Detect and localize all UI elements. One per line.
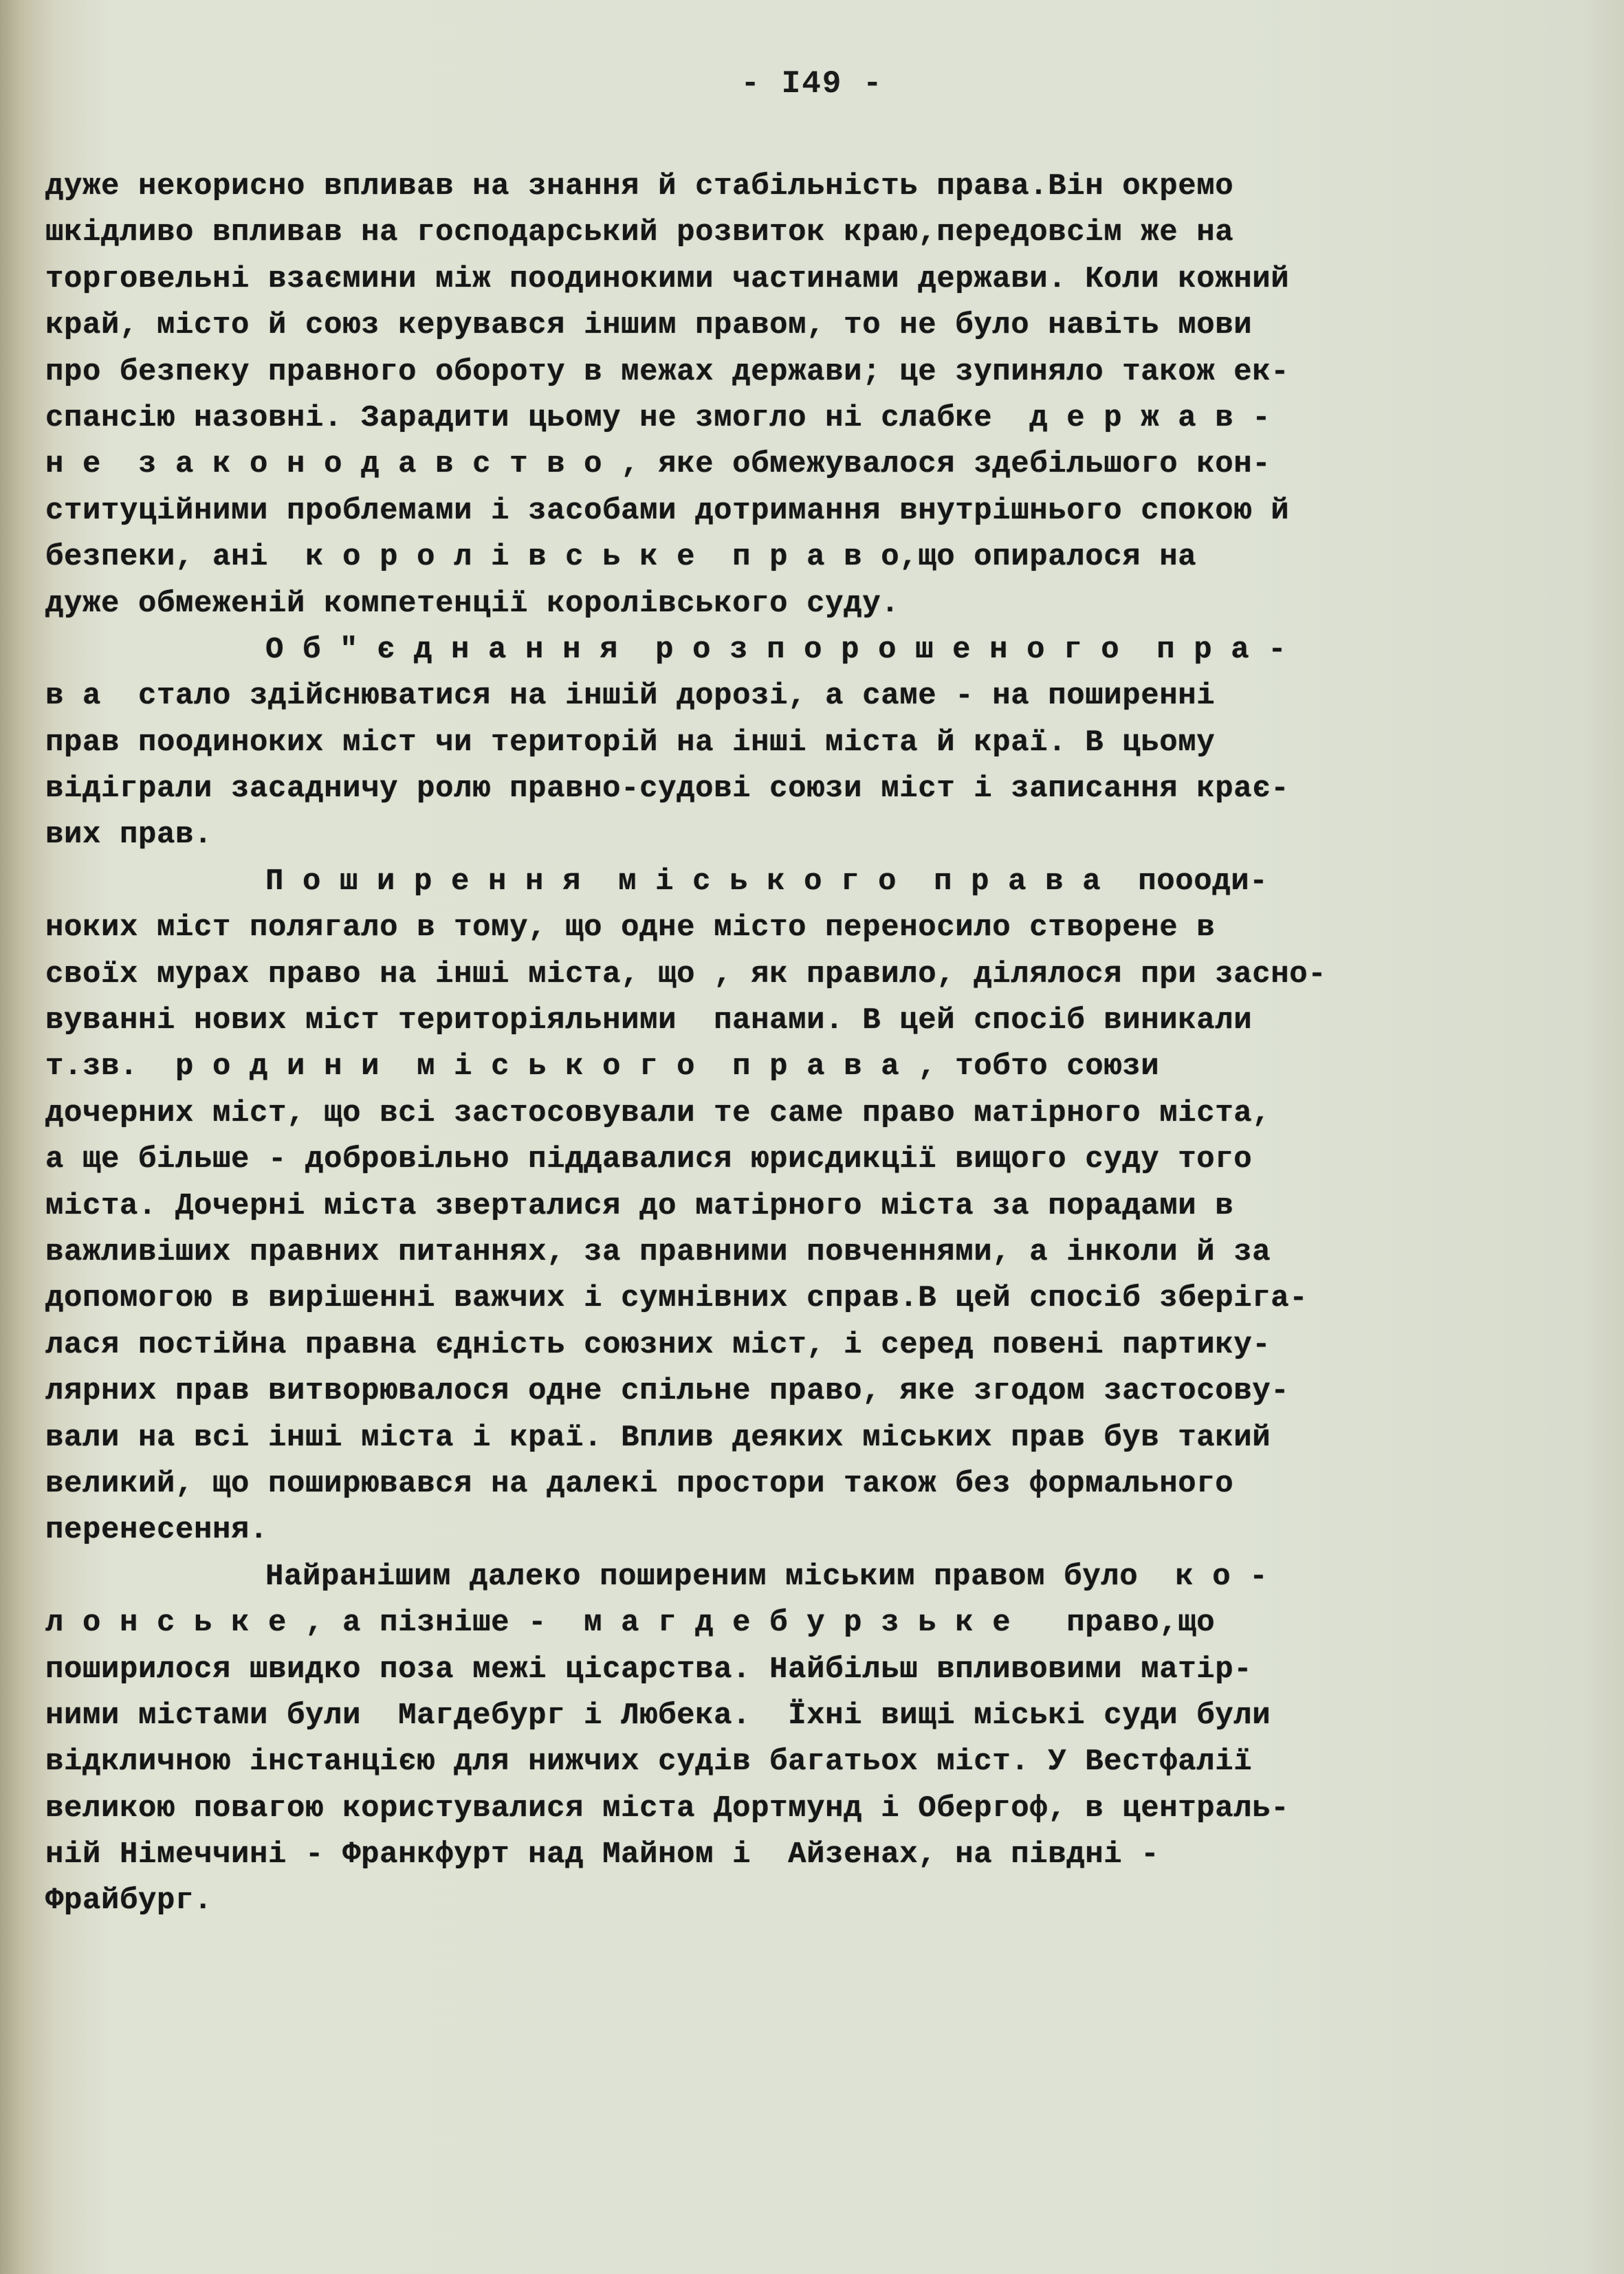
text-line: дуже обмеженій компетенції королівського… [45, 581, 1620, 627]
text-line: край, місто й союз керувався іншим право… [45, 303, 1620, 349]
text-line: лярних прав витворювалося одне спільне п… [45, 1368, 1620, 1414]
text-line: П о ш и р е н н я м і с ь к о г о п р а … [45, 859, 1620, 905]
text-line: допомогою в вирішенні важчих і сумнівних… [45, 1276, 1620, 1322]
text-line: лася постійна правна єдність союзних міс… [45, 1322, 1620, 1368]
text-line: т.зв. р о д и н и м і с ь к о г о п р а … [45, 1044, 1620, 1090]
text-line: безпеки, ані к о р о л і в с ь к е п р а… [45, 534, 1620, 580]
text-line: Найранішим далеко поширеним міським прав… [45, 1554, 1620, 1600]
text-line: в а стало здійснюватися на іншій дорозі,… [45, 673, 1620, 719]
text-line: відкличною інстанцією для нижчих судів б… [45, 1739, 1620, 1785]
text-line: перенесення. [45, 1507, 1620, 1553]
page-number: - I49 - [0, 66, 1624, 102]
text-line: Фрайбург. [45, 1878, 1620, 1924]
text-line: вих прав. [45, 812, 1620, 858]
text-line: л о н с ь к е , а пізніше - м а г д е б … [45, 1600, 1620, 1646]
text-line: прав поодиноких міст чи територій на інш… [45, 720, 1620, 766]
text-line: шкідливо впливав на господарський розвит… [45, 210, 1620, 256]
text-line: дуже некорисно впливав на знання й стабі… [45, 164, 1620, 210]
text-line: ній Німеччині - Франкфурт над Майном і А… [45, 1832, 1620, 1878]
body-text: дуже некорисно впливав на знання й стабі… [45, 164, 1620, 1925]
text-line: а ще більше - добровільно піддавалися юр… [45, 1137, 1620, 1183]
text-line: великий, що поширювався на далекі просто… [45, 1461, 1620, 1507]
text-line: торговельні взаємини між поодинокими час… [45, 256, 1620, 303]
text-line: дочерних міст, що всі застосовували те с… [45, 1091, 1620, 1137]
text-line: міста. Дочерні міста зверталися до матір… [45, 1183, 1620, 1229]
text-line: своїх мурах право на інші міста, що , як… [45, 952, 1620, 998]
text-line: О б " є д н а н н я р о з п о р о ш е н … [45, 627, 1620, 673]
text-line: н е з а к о н о д а в с т в о , яке обме… [45, 441, 1620, 488]
text-line: ституційними проблемами і засобами дотри… [45, 488, 1620, 534]
text-line: вали на всі інші міста і краї. Вплив дея… [45, 1415, 1620, 1461]
text-line: відіграли засадничу ролю правно-судові с… [45, 766, 1620, 812]
text-line: ними містами були Магдебург і Любека. Їх… [45, 1693, 1620, 1739]
text-line: ноких міст полягало в тому, що одне міст… [45, 905, 1620, 951]
text-line: про безпеку правного обороту в межах дер… [45, 349, 1620, 395]
document-page: - I49 - дуже некорисно впливав на знання… [0, 0, 1624, 2274]
text-line: важливіших правних питаннях, за правними… [45, 1229, 1620, 1276]
text-line: вуванні нових міст територіяльними панам… [45, 998, 1620, 1044]
text-line: поширилося швидко поза межі цісарства. Н… [45, 1647, 1620, 1693]
text-line: спансію назовні. Зарадити цьому не змогл… [45, 395, 1620, 441]
text-line: великою повагою користувалися міста Дорт… [45, 1786, 1620, 1832]
